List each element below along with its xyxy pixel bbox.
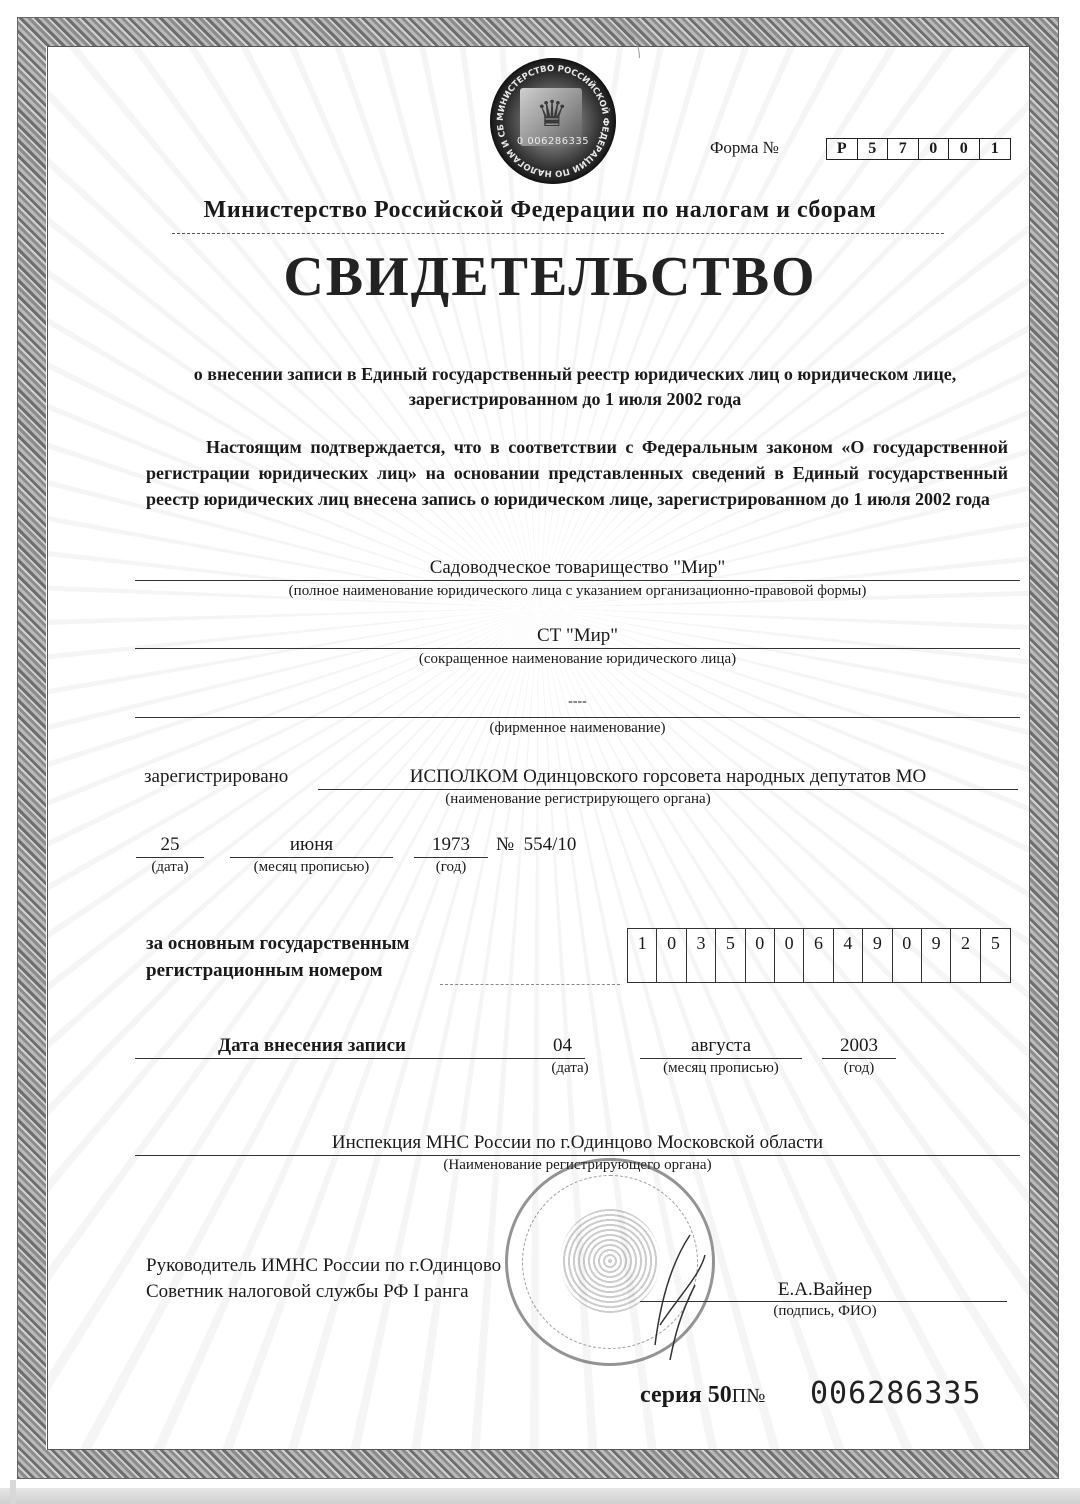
hologram-ring-text: МИНИСТЕРСТВО РОССИЙСКОЙ ФЕДЕРАЦИИ ПО НАЛ… <box>490 58 616 184</box>
registration-year: 1973 <box>414 834 488 856</box>
entry-year-caption: (год) <box>822 1060 896 1077</box>
scan-shadow-left <box>10 1480 16 1504</box>
ogrn-number-boxes: 1035006490925 <box>627 928 1011 983</box>
entry-day-caption: (дата) <box>540 1060 600 1077</box>
entry-day-rule <box>135 1058 585 1059</box>
ogrn-label-line1: за основным государственным <box>146 930 409 957</box>
registration-authority-caption: (наименование регистрирующего органа) <box>318 791 838 808</box>
registered-label: зарегистрировано <box>144 766 288 788</box>
issuer-authority-rule <box>135 1155 1020 1156</box>
full-name-caption: (полное наименование юридического лица с… <box>135 583 1020 600</box>
full-name-rule <box>135 580 1020 581</box>
brand-name-caption: (фирменное наименование) <box>135 720 1020 737</box>
ogrn-digit-cell: 2 <box>951 929 980 982</box>
handwritten-signature <box>640 1225 710 1365</box>
signature-rule <box>640 1301 1007 1302</box>
registration-day: 25 <box>136 834 204 856</box>
entry-year: 2003 <box>822 1035 896 1057</box>
signature-caption: (подпись, ФИО) <box>740 1303 910 1320</box>
ogrn-digit-cell: 3 <box>687 929 716 982</box>
ogrn-digit-cell: 5 <box>981 929 1010 982</box>
form-number-boxes: Р57001 <box>826 138 1011 160</box>
ogrn-digit-cell: 1 <box>628 929 657 982</box>
short-name-rule <box>135 648 1020 649</box>
ogrn-dotted-rule <box>440 984 620 985</box>
entry-year-rule <box>822 1058 896 1059</box>
entity-full-name: Садоводческое товарищество "Мир" <box>135 557 1020 579</box>
entry-month-rule <box>640 1058 802 1059</box>
registration-number: № 554/10 <box>496 834 576 856</box>
short-name-caption: (сокращенное наименование юридического л… <box>135 651 1020 668</box>
entry-day: 04 <box>540 1035 585 1057</box>
series-prefix: серия 50 <box>640 1382 732 1408</box>
signer-name: Е.А.Вайнер <box>735 1279 915 1301</box>
ogrn-digit-cell: 6 <box>804 929 833 982</box>
form-code-cell: 5 <box>858 139 889 159</box>
hologram-seal: ♛ 0 006286335 МИНИСТЕРСТВО РОССИЙСКОЙ ФЕ… <box>490 58 616 184</box>
document-subtitle: о внесении записи в Единый государственн… <box>140 362 1010 412</box>
signer-position: Руководитель ИМНС России по г.Одинцово <box>146 1253 501 1279</box>
ogrn-digit-cell: 0 <box>893 929 922 982</box>
entry-month: августа <box>640 1035 802 1057</box>
ministry-header: Министерство Российской Федерации по нал… <box>0 197 1080 224</box>
document-title: СВИДЕТЕЛЬСТВО <box>0 245 1080 309</box>
ogrn-label-line2: регистрационным номером <box>146 957 409 984</box>
registration-authority-rule <box>318 789 1018 790</box>
registration-day-caption: (дата) <box>136 859 204 876</box>
issuer-authority: Инспекция МНС России по г.Одинцово Моско… <box>135 1132 1020 1154</box>
ogrn-label: за основным государственным регистрацион… <box>146 930 409 984</box>
ogrn-digit-cell: 9 <box>863 929 892 982</box>
entity-short-name: СТ "Мир" <box>135 625 1020 647</box>
entity-brand-name: ---- <box>135 694 1020 710</box>
series-suffix: П№ <box>732 1385 766 1407</box>
ministry-rule <box>172 233 944 234</box>
form-code-cell: 0 <box>919 139 950 159</box>
ogrn-digit-cell: 9 <box>922 929 951 982</box>
registration-month-rule <box>230 857 393 858</box>
brand-name-rule <box>135 717 1020 718</box>
ogrn-digit-cell: 0 <box>746 929 775 982</box>
entry-month-caption: (месяц прописью) <box>640 1060 802 1077</box>
ogrn-digit-cell: 0 <box>657 929 686 982</box>
svg-text:МИНИСТЕРСТВО РОССИЙСКОЙ ФЕДЕРА: МИНИСТЕРСТВО РОССИЙСКОЙ ФЕДЕРАЦИИ ПО НАЛ… <box>490 58 612 178</box>
ogrn-digit-cell: 4 <box>834 929 863 982</box>
registration-month: июня <box>230 834 393 856</box>
entry-date-label: Дата внесения записи <box>218 1035 406 1057</box>
registration-year-rule <box>414 857 488 858</box>
form-code-cell: 7 <box>888 139 919 159</box>
form-code-cell: Р <box>827 139 858 159</box>
form-code-cell: 1 <box>980 139 1011 159</box>
registration-month-caption: (месяц прописью) <box>230 859 393 876</box>
series-number: 006286335 <box>810 1376 982 1411</box>
ogrn-digit-cell: 0 <box>775 929 804 982</box>
ogrn-digit-cell: 5 <box>716 929 745 982</box>
certification-text: Настоящим подтверждается, что в соответс… <box>146 434 1008 512</box>
series-label: серия 50П№ <box>640 1382 765 1409</box>
registration-day-rule <box>136 857 204 858</box>
registration-authority: ИСПОЛКОМ Одинцовского горсовета народных… <box>318 766 1018 788</box>
scan-shadow <box>0 1488 1080 1504</box>
signer-rank: Советник налоговой службы РФ I ранга <box>146 1279 501 1305</box>
signer-block: Руководитель ИМНС России по г.Одинцово С… <box>146 1253 501 1305</box>
form-code-cell: 0 <box>949 139 980 159</box>
form-number-label: Форма № <box>710 138 779 158</box>
registration-year-caption: (год) <box>414 859 488 876</box>
